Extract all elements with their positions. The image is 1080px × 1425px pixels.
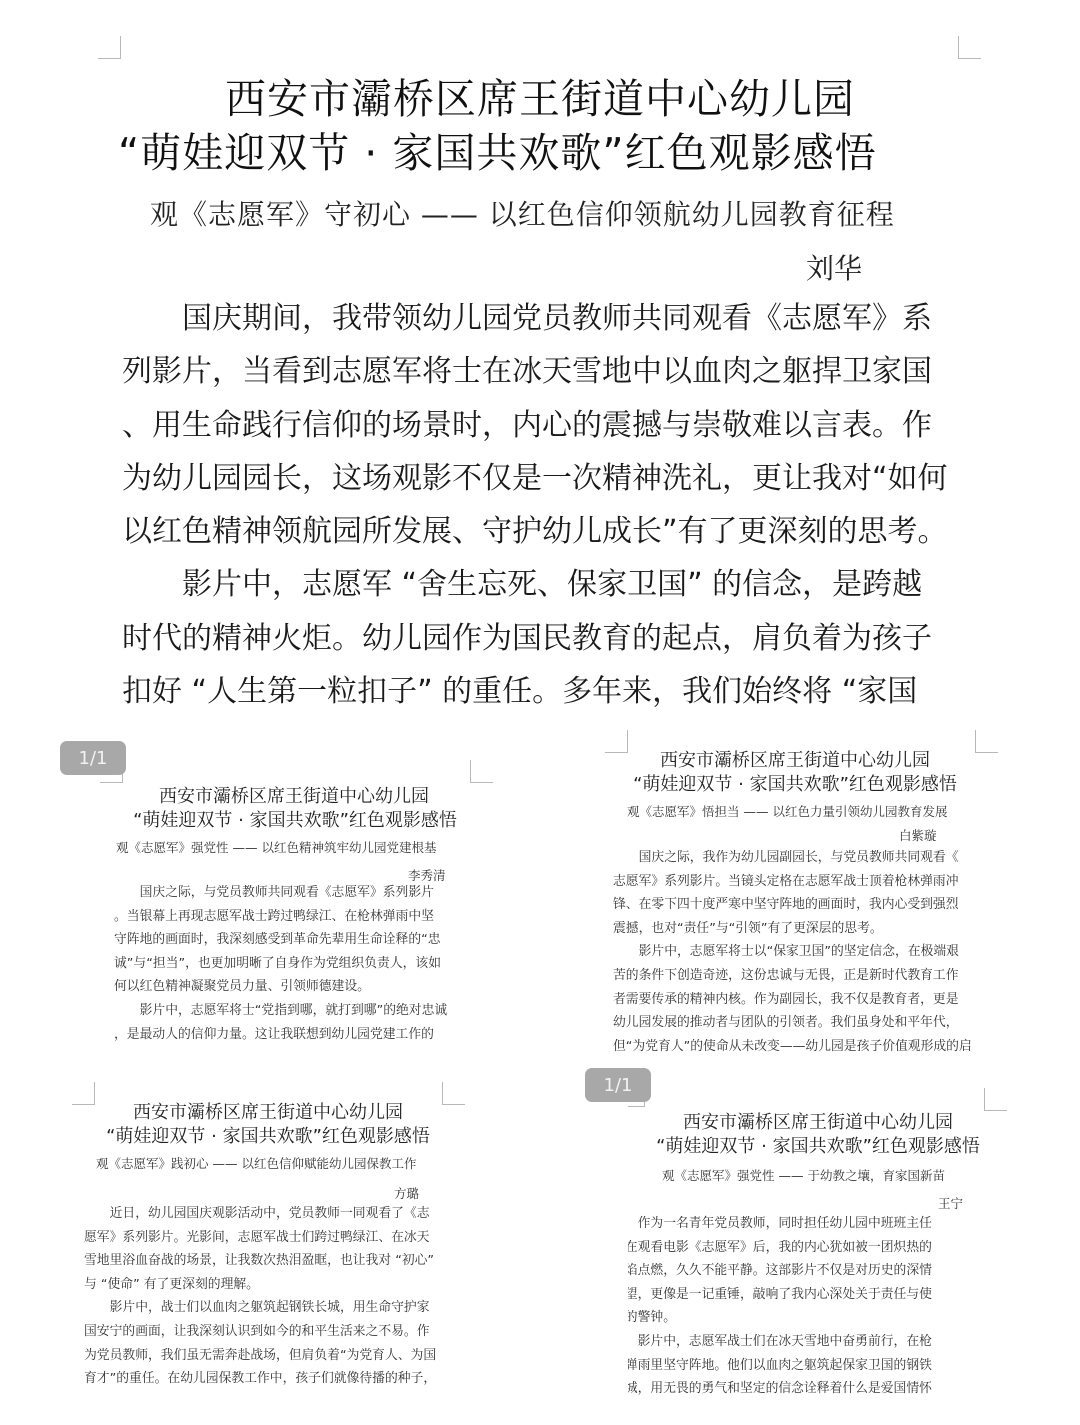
essay-title: 观《志愿军》悟担当 —— 以红色力量引领幼儿园教育发展: [627, 802, 947, 820]
essay-body: 国庆期间，我带领幼儿园党员教师共同观看《志愿军》系 列影片，当看到志愿军将士在冰…: [122, 292, 952, 718]
body-line: 国庆期间，我带领幼儿园党员教师共同观看《志愿军》系: [122, 292, 952, 345]
document-title: 西安市灞桥区席王街道中心幼儿园: [605, 746, 1005, 772]
body-line: 影片中，志愿军将士以“保家卫国”的坚定信念，在极端艰: [613, 940, 972, 964]
body-line: 雪地里浴血奋战的场景，让我数次热泪盈眶，也让我对 “初心”: [84, 1249, 436, 1273]
essay-body: 国庆之际，我作为幼儿园副园长，与党员教师共同观看《 志愿军》系列影片。当镜头定格…: [613, 846, 972, 1052]
author-name: 方璐: [394, 1184, 419, 1202]
essay-body: 作为一名青年党员教师，同时担任幼儿园中班班主任 ，在观看电影《志愿军》后，我的内…: [628, 1212, 932, 1401]
essay-title: 观《志愿军》强党性 —— 以红色精神筑牢幼儿园党建根基: [116, 838, 436, 856]
document-subtitle-event: “萌娃迎双节 · 家国共欢歌”红色观影感悟: [118, 120, 877, 179]
body-line: 志愿军》系列影片。当镜头定格在志愿军战士顶着枪林弹雨冲: [613, 870, 972, 894]
crop-mark-top-right: [958, 36, 981, 59]
essay-title: 观《志愿军》强党性 —— 于幼教之壤，育家国新苗: [662, 1166, 945, 1184]
essay-body: 近日，幼儿园国庆观影活动中，党员教师一同观看了《志 愿军》系列影片。光影间，志愿…: [84, 1202, 436, 1391]
body-line: 与 “使命” 有了更深刻的理解。: [84, 1273, 436, 1297]
body-line: 火焰点燃，久久不能平静。这部影片不仅是对历史的深情: [628, 1259, 932, 1283]
essay-body: 国庆之际，与党员教师共同观看《志愿军》系列影片 。当银幕上再现志愿军战士跨过鸭绿…: [114, 881, 447, 1046]
document-subtitle-event: “萌娃迎双节 · 家国共欢歌”红色观影感悟: [64, 1122, 472, 1148]
body-line: 诚”与“担当”，也更加明晰了自身作为党组织负责人，该如: [114, 952, 447, 976]
crop-mark-top-left: [98, 36, 121, 59]
body-line: 影片中，志愿军将士“党指到哪，就打到哪”的绝对忠诚: [114, 999, 447, 1023]
body-line: 幼儿园发展的推动者与团队的引领者。我们虽身处和平年代，: [613, 1011, 972, 1035]
document-title: 西安市灞桥区席王街道中心幼儿园: [628, 1108, 1018, 1134]
body-line: 。当银幕上再现志愿军战士跨过鸭绿江、在枪林弹雨中坚: [114, 905, 447, 929]
body-line: 时代的精神火炬。幼儿园作为国民教育的起点，肩负着为孩子: [122, 612, 952, 665]
body-line: 影片中，志愿军战士们在冰天雪地中奋勇前行，在枪: [628, 1330, 932, 1354]
body-line: 何以红色精神凝聚党员力量、引领师德建设。: [114, 975, 447, 999]
body-line: 扣好 “人生第一粒扣子” 的重任。多年来，我们始终将 “家国: [122, 665, 952, 718]
document-title: 西安市灞桥区席王街道中心幼儿园: [64, 1098, 472, 1124]
body-line: 锋、在零下四十度严寒中坚守阵地的画面时，我内心受到强烈: [613, 893, 972, 917]
body-line: 育才”的重任。在幼儿园保教工作中，孩子们就像待播的种子，: [84, 1367, 436, 1391]
body-line: 回望，更像是一记重锤，敲响了我内心深处关于责任与使: [628, 1283, 932, 1307]
body-line: 愿军》系列影片。光影间，志愿军战士们跨过鸭绿江、在冰天: [84, 1226, 436, 1250]
mini-page-2: 西安市灞桥区席王街道中心幼儿园 “萌娃迎双节 · 家国共欢歌”红色观影感悟 观《…: [605, 730, 1005, 1052]
body-line: 列影片，当看到志愿军将士在冰天雪地中以血肉之躯捍卫家国: [122, 345, 952, 398]
page-number-badge: 1/1: [585, 1068, 651, 1102]
body-line: 者需要传承的精神内核。作为副园长，我不仅是教育者，更是: [613, 988, 972, 1012]
body-line: 长城，用无畏的勇气和坚定的信念诠释着什么是爱国情怀: [628, 1377, 932, 1401]
body-line: 国庆之际，我作为幼儿园副园长，与党员教师共同观看《: [613, 846, 972, 870]
body-line: ，是最动人的信仰力量。这让我联想到幼儿园党建工作的: [114, 1023, 447, 1047]
body-line: 但“为党育人”的使命从未改变——幼儿园是孩子价值观形成的启: [613, 1035, 972, 1052]
author-name: 王宁: [938, 1194, 963, 1212]
mini-page-1: 西安市灞桥区席王街道中心幼儿园 “萌娃迎双节 · 家国共欢歌”红色观影感悟 观《…: [100, 760, 500, 1060]
body-line: ，在观看电影《志愿军》后，我的内心犹如被一团炽热的: [628, 1236, 932, 1260]
body-line: 国安宁的画面，让我深刻认识到如今的和平生活来之不易。作: [84, 1320, 436, 1344]
author-name: 白紫璇: [899, 826, 937, 844]
body-line: 命的警钟。: [628, 1306, 932, 1330]
crop-mark-top-right: [470, 760, 493, 783]
body-line: 为幼儿园园长，这场观影不仅是一次精神洗礼，更让我对“如何: [122, 452, 952, 505]
main-document-page: 西安市灞桥区席王街道中心幼儿园 “萌娃迎双节 · 家国共欢歌”红色观影感悟 观《…: [0, 0, 1080, 720]
body-line: 守阵地的画面时，我深刻感受到革命先辈用生命诠释的“忠: [114, 928, 447, 952]
author-name: 刘华: [806, 247, 862, 287]
document-subtitle-event: “萌娃迎双节 · 家国共欢歌”红色观影感悟: [628, 1132, 1018, 1158]
mini-page-4: 西安市灞桥区席王街道中心幼儿园 “萌娃迎双节 · 家国共欢歌”红色观影感悟 观《…: [628, 1088, 1018, 1425]
body-line: 苦的条件下创造奇迹，这份忠诚与无畏，正是新时代教育工作: [613, 964, 972, 988]
page-number-badge: 1/1: [60, 741, 126, 775]
body-line: 林弹雨里坚守阵地。他们以血肉之躯筑起保家卫国的钢铁: [628, 1354, 932, 1378]
mini-page-3: 西安市灞桥区席王街道中心幼儿园 “萌娃迎双节 · 家国共欢歌”红色观影感悟 观《…: [72, 1082, 472, 1425]
body-line: 为党员教师，我们虽无需奔赴战场，但肩负着“为党育人、为国: [84, 1344, 436, 1368]
document-subtitle-event: “萌娃迎双节 · 家国共欢歌”红色观影感悟: [90, 806, 500, 832]
body-line: 、用生命践行信仰的场景时，内心的震撼与崇敬难以言表。作: [122, 399, 952, 452]
essay-title: 观《志愿军》践初心 —— 以红色信仰赋能幼儿园保教工作: [96, 1154, 416, 1172]
body-line: 影片中，战士们以血肉之躯筑起钢铁长城，用生命守护家: [84, 1296, 436, 1320]
document-title: 西安市灞桥区席王街道中心幼儿园: [88, 782, 500, 808]
essay-title: 观《志愿军》守初心 —— 以红色信仰领航幼儿园教育征程: [150, 193, 895, 233]
document-subtitle-event: “萌娃迎双节 · 家国共欢歌”红色观影感悟: [605, 770, 1005, 796]
body-line: 作为一名青年党员教师，同时担任幼儿园中班班主任: [628, 1212, 932, 1236]
body-line: 震撼，也对“责任”与“引领”有了更深层的思考。: [613, 917, 972, 941]
body-line: 国庆之际，与党员教师共同观看《志愿军》系列影片: [114, 881, 447, 905]
body-line: 近日，幼儿园国庆观影活动中，党员教师一同观看了《志: [84, 1202, 436, 1226]
body-line: 以红色精神领航园所发展、守护幼儿成长”有了更深刻的思考。: [122, 505, 952, 558]
body-line: 影片中，志愿军 “舍生忘死、保家卫国” 的信念，是跨越: [122, 558, 952, 611]
document-title: 西安市灞桥区席王街道中心幼儿园: [0, 66, 1080, 125]
